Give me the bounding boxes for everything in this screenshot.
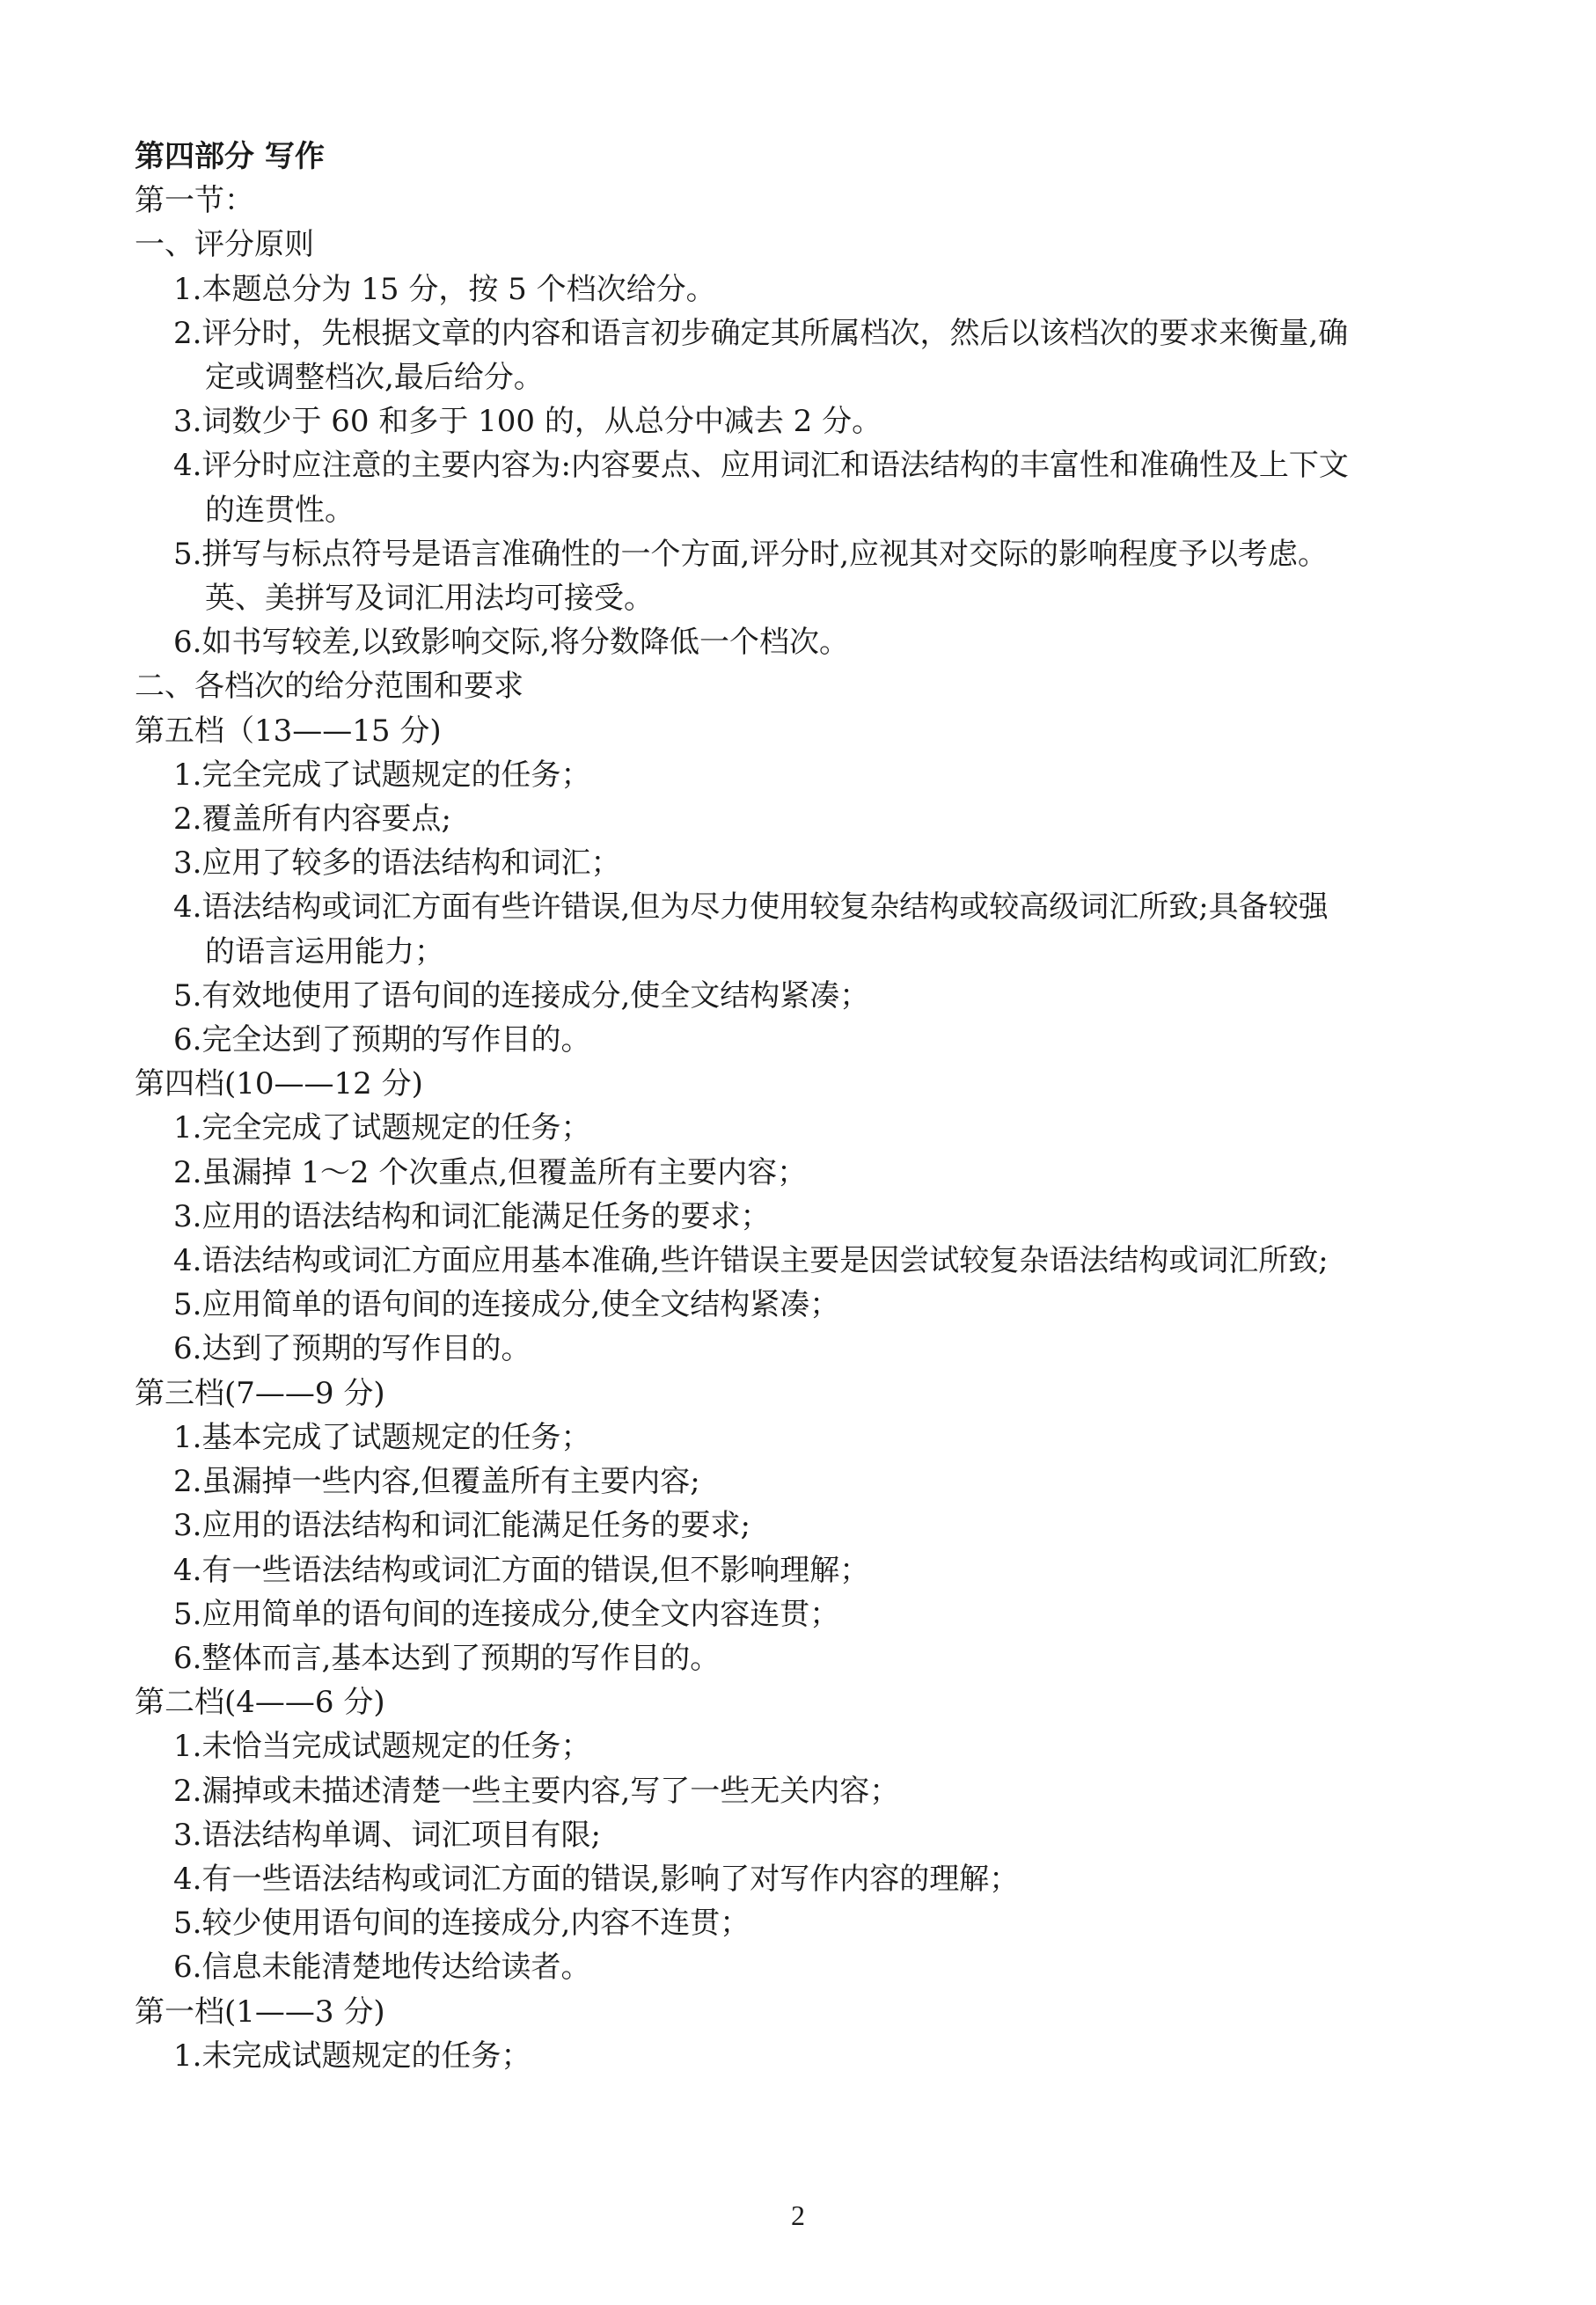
list-item: 6.达到了预期的写作目的。	[135, 1327, 1490, 1371]
list-item: 6.如书写较差,以致影响交际,将分数降低一个档次。	[135, 620, 1490, 664]
list-item: 3.语法结构单调、词汇项目有限;	[135, 1813, 1490, 1857]
list-item: 4.有一些语法结构或词汇方面的错误,但不影响理解；	[135, 1548, 1490, 1592]
list-item-continuation: 的连贯性。	[135, 488, 1490, 532]
list-item: 5.应用简单的语句间的连接成分,使全文内容连贯；	[135, 1592, 1490, 1636]
list-item-continuation: 的语言运用能力；	[135, 930, 1490, 974]
list-item: 4.语法结构或词汇方面有些许错误,但为尽力使用较复杂结构或较高级词汇所致;具备较…	[135, 885, 1490, 929]
list-item: 4.有一些语法结构或词汇方面的错误,影响了对写作内容的理解；	[135, 1857, 1490, 1901]
list-item: 5.较少使用语句间的连接成分,内容不连贯；	[135, 1901, 1490, 1945]
list-item: 3.应用了较多的语法结构和词汇；	[135, 841, 1490, 885]
part2-heading: 二、各档次的给分范围和要求	[135, 664, 1490, 708]
list-item: 1.未完成试题规定的任务；	[135, 2034, 1490, 2078]
document-title: 第四部分 写作	[135, 135, 1490, 179]
list-item: 2.覆盖所有内容要点;	[135, 797, 1490, 841]
list-item-continuation: 定或调整档次,最后给分。	[135, 355, 1490, 399]
level-label: 第三档(7——9 分)	[135, 1372, 1490, 1416]
list-item: 2.虽漏掉 1～2 个次重点,但覆盖所有主要内容；	[135, 1151, 1490, 1195]
list-item: 1.完全完成了试题规定的任务；	[135, 753, 1490, 797]
list-item: 5.应用简单的语句间的连接成分,使全文结构紧凑；	[135, 1283, 1490, 1327]
level-label: 第一档(1——3 分)	[135, 1990, 1490, 2034]
level-label: 第四档(10——12 分)	[135, 1062, 1490, 1106]
document-body: 第四部分 写作 第一节： 一、评分原则 1.本题总分为 15 分，按 5 个档次…	[135, 135, 1490, 2078]
list-item: 5.有效地使用了语句间的连接成分,使全文结构紧凑；	[135, 974, 1490, 1018]
page-number: 2	[0, 2199, 1596, 2232]
list-item-continuation: 英、美拼写及词汇用法均可接受。	[135, 576, 1490, 620]
list-item: 2.评分时，先根据文章的内容和语言初步确定其所属档次，然后以该档次的要求来衡量,…	[135, 311, 1490, 355]
list-item: 1.本题总分为 15 分，按 5 个档次给分。	[135, 267, 1490, 311]
list-item: 1.完全完成了试题规定的任务；	[135, 1106, 1490, 1150]
list-item: 2.漏掉或未描述清楚一些主要内容,写了一些无关内容；	[135, 1769, 1490, 1813]
list-item: 4.语法结构或词汇方面应用基本准确,些许错误主要是因尝试较复杂语法结构或词汇所致…	[135, 1239, 1490, 1283]
section-label: 第一节：	[135, 179, 1490, 223]
level-label: 第二档(4——6 分)	[135, 1680, 1490, 1724]
list-item: 6.信息未能清楚地传达给读者。	[135, 1945, 1490, 1989]
list-item: 4.评分时应注意的主要内容为:内容要点、应用词汇和语法结构的丰富性和准确性及上下…	[135, 443, 1490, 487]
list-item: 3.应用的语法结构和词汇能满足任务的要求;	[135, 1504, 1490, 1548]
list-item: 2.虽漏掉一些内容,但覆盖所有主要内容;	[135, 1460, 1490, 1504]
list-item: 1.未恰当完成试题规定的任务；	[135, 1724, 1490, 1768]
list-item: 1.基本完成了试题规定的任务；	[135, 1416, 1490, 1460]
level-label: 第五档（13——15 分)	[135, 709, 1490, 753]
part1-heading: 一、评分原则	[135, 223, 1490, 267]
list-item: 6.整体而言,基本达到了预期的写作目的。	[135, 1636, 1490, 1680]
list-item: 3.词数少于 60 和多于 100 的，从总分中减去 2 分。	[135, 399, 1490, 443]
list-item: 6.完全达到了预期的写作目的。	[135, 1018, 1490, 1062]
list-item: 3.应用的语法结构和词汇能满足任务的要求；	[135, 1195, 1490, 1239]
list-item: 5.拼写与标点符号是语言准确性的一个方面,评分时,应视其对交际的影响程度予以考虑…	[135, 532, 1490, 576]
